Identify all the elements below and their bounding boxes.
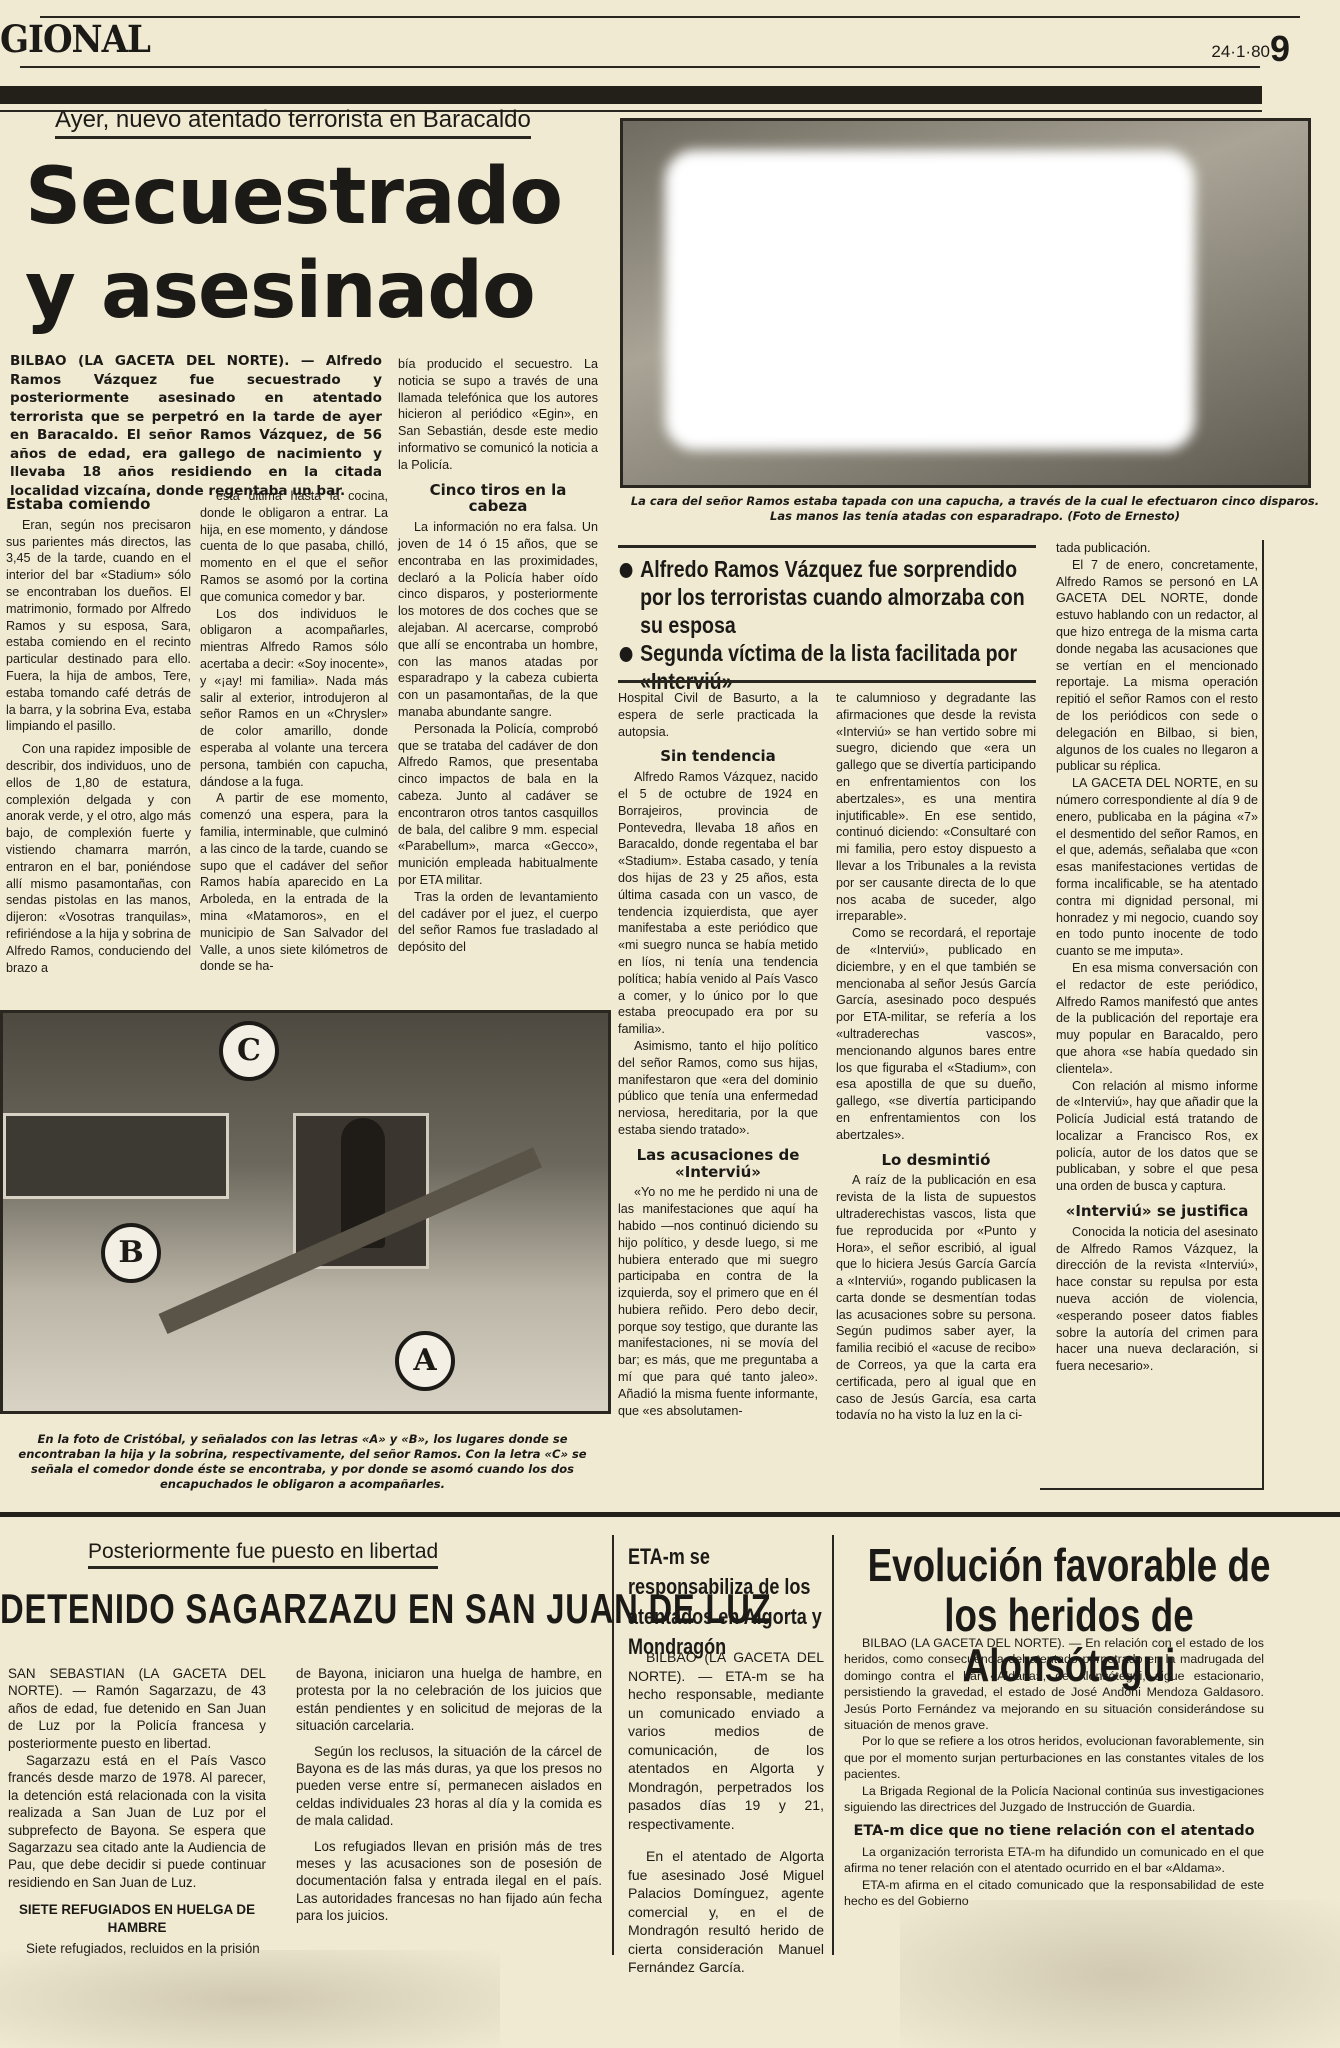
- subhead-lo-desmintio: Lo desmintió: [836, 1152, 1036, 1169]
- bullets-rule-top: [618, 545, 1036, 548]
- main-column-3: bía producido el secuestro. La noticia s…: [398, 356, 598, 956]
- paragraph: Los refugiados llevan en prisión más de …: [296, 1838, 602, 1925]
- bar-photo-caption: En la foto de Cristóbal, y señalados con…: [0, 1432, 605, 1492]
- main-headline-line1: Secuestrado: [25, 150, 562, 244]
- eta-column: BILBAO (LA GACETA DEL NORTE). — ETA-m se…: [628, 1648, 824, 1977]
- victim-photo-caption: La cara del señor Ramos estaba tapada co…: [625, 494, 1325, 524]
- paragraph: Tras la orden de levantamiento del cadáv…: [398, 889, 598, 956]
- main-column-1: Estaba comiendo Eran, según nos precisar…: [6, 488, 191, 976]
- paragraph: Alfredo Ramos Vázquez, nacido el 5 de oc…: [618, 769, 818, 1038]
- paragraph: En esa misma conversación con el redacto…: [1056, 960, 1258, 1078]
- marker-c: C: [219, 1021, 279, 1081]
- highlights: Alfredo Ramos Vázquez fue sorprendido po…: [618, 555, 1039, 695]
- paper-stain: [900, 1900, 1340, 2048]
- paragraph: Con una rapidez imposible de describir, …: [6, 741, 191, 976]
- paragraph: A partir de ese momento, comenzó una esp…: [200, 790, 388, 975]
- bullets-rule-bottom: [618, 680, 1036, 683]
- sagarzazu-column-1: SAN SEBASTIAN (LA GACETA DEL NORTE). — R…: [8, 1665, 266, 1958]
- page-divider: [0, 1512, 1340, 1517]
- main-column-6: tada publicación. El 7 de enero, concret…: [1056, 540, 1258, 1375]
- paragraph: En el atentado de Algorta fue asesinado …: [628, 1847, 824, 1977]
- masthead-band: [0, 86, 1262, 104]
- paragraph: BILBAO (LA GACETA DEL NORTE). — En relac…: [844, 1635, 1264, 1733]
- eta-headline: ETA-m se responsabiliza de los atentados…: [628, 1542, 833, 1662]
- column-rule-right: [1262, 540, 1264, 1488]
- paragraph: A raíz de la publicación en esa revista …: [836, 1172, 1036, 1424]
- main-headline-line2: y asesinado: [25, 244, 562, 338]
- paragraph: de Bayona, iniciaron una huelga de hambr…: [296, 1665, 602, 1735]
- paragraph: Por lo que se refiere a los otros herido…: [844, 1733, 1264, 1782]
- main-column-2: esta última hasta la cocina, donde le ob…: [200, 488, 388, 975]
- issue-date: 24·1·80: [1211, 42, 1270, 62]
- paragraph: Como se recordará, el reportaje de «Inte…: [836, 925, 1036, 1143]
- masthead-rule-mid: [20, 66, 1260, 68]
- main-headline: Secuestrado y asesinado: [25, 150, 562, 338]
- main-lead: BILBAO (LA GACETA DEL NORTE). — Alfredo …: [10, 352, 382, 500]
- sagarzazu-kicker: Posteriormente fue puesto en libertad: [88, 1540, 438, 1569]
- paragraph: Sagarzazu está en el País Vasco francés …: [8, 1752, 266, 1891]
- paragraph: esta última hasta la cocina, donde le ob…: [200, 488, 388, 606]
- column-rule-bottom-right: [1040, 1488, 1264, 1490]
- column-rule: [832, 1535, 834, 1955]
- paragraph: La información no era falsa. Un joven de…: [398, 519, 598, 721]
- paper-stain: [0, 1950, 500, 2048]
- paragraph: Hospital Civil de Basurto, a la espera d…: [618, 690, 818, 740]
- paragraph: La organización terrorista ETA-m ha difu…: [844, 1844, 1264, 1877]
- paragraph: Con relación al mismo informe de «Interv…: [1056, 1078, 1258, 1196]
- column-rule: [612, 1535, 614, 1955]
- subhead-cinco-tiros: Cinco tiros en la cabeza: [398, 482, 598, 516]
- paragraph: LA GACETA DEL NORTE, en su número corres…: [1056, 775, 1258, 960]
- subhead-estaba-comiendo: Estaba comiendo: [6, 496, 191, 513]
- main-kicker: Ayer, nuevo atentado terrorista en Barac…: [55, 106, 531, 139]
- paragraph: Personada la Policía, comprobó que se tr…: [398, 721, 598, 889]
- subhead-refugiados: SIETE REFUGIADOS EN HUELGA DE HAMBRE: [8, 1901, 266, 1936]
- sagarzazu-column-2: de Bayona, iniciaron una huelga de hambr…: [296, 1665, 602, 1925]
- paragraph: La Brigada Regional de la Policía Nacion…: [844, 1783, 1264, 1816]
- masthead-rule-top: [40, 16, 1300, 18]
- main-column-5: te calumnioso y degradante las afirmacio…: [836, 690, 1036, 1424]
- paragraph: BILBAO (LA GACETA DEL NORTE). — ETA-m se…: [628, 1648, 824, 1833]
- marker-b: B: [101, 1223, 161, 1283]
- section-label: GIONAL: [0, 18, 150, 62]
- paragraph: Conocida la noticia del asesinato de Alf…: [1056, 1224, 1258, 1375]
- paragraph: El 7 de enero, concretamente, Alfredo Ra…: [1056, 557, 1258, 775]
- main-column-4: Hospital Civil de Basurto, a la espera d…: [618, 690, 818, 1419]
- paragraph: Según los reclusos, la situación de la c…: [296, 1743, 602, 1830]
- paragraph: Eran, según nos precisaron sus parientes…: [6, 517, 191, 735]
- alonsotegui-column: BILBAO (LA GACETA DEL NORTE). — En relac…: [844, 1635, 1264, 1910]
- subhead-interviu-justifica: «Interviú» se justifica: [1056, 1203, 1258, 1220]
- bar-interior-photo: C B A: [0, 1010, 611, 1414]
- page-number: 9: [1270, 28, 1290, 70]
- subhead-sin-tendencia: Sin tendencia: [618, 748, 818, 765]
- bar-window: [3, 1113, 229, 1199]
- paragraph: Los dos individuos le obligaron a acompa…: [200, 606, 388, 791]
- paragraph: tada publicación.: [1056, 540, 1258, 557]
- paragraph: te calumnioso y degradante las afirmacio…: [836, 690, 1036, 925]
- highlight-1: Alfredo Ramos Vázquez fue sorprendido po…: [618, 555, 1039, 639]
- paragraph: Asimismo, tanto el hijo político del señ…: [618, 1038, 818, 1139]
- redacted-area: [665, 150, 1195, 450]
- paragraph: «Yo no me he perdido ni una de las manif…: [618, 1184, 818, 1419]
- subhead-eta-no-relacion: ETA-m dice que no tiene relación con el …: [844, 1823, 1264, 1839]
- highlight-2: Segunda víctima de la lista facilitada p…: [618, 639, 1039, 695]
- subhead-acusaciones: Las acusaciones de «Interviú»: [618, 1147, 818, 1181]
- marker-a: A: [395, 1331, 455, 1391]
- paragraph: bía producido el secuestro. La noticia s…: [398, 356, 598, 474]
- paragraph: SAN SEBASTIAN (LA GACETA DEL NORTE). — R…: [8, 1665, 266, 1752]
